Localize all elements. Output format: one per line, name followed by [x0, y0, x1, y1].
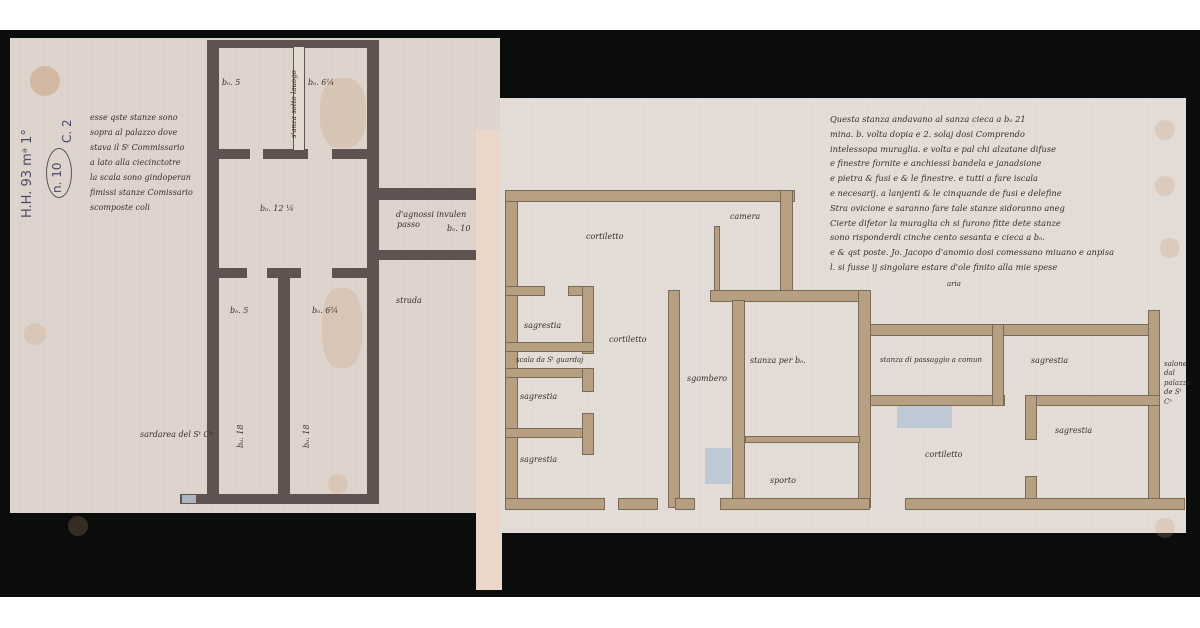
note-line: Questa stanza andavano al sanza cieca a …	[830, 112, 1114, 127]
note-line: stava il Sᵗ Commissario	[90, 140, 193, 155]
room-label: bₒ. 10	[447, 224, 470, 235]
room-label: sagrestia	[1055, 426, 1092, 437]
wall	[505, 190, 795, 202]
wall	[582, 413, 594, 455]
room-label: camera	[730, 212, 760, 223]
note-line: l. si fusse ij singolare estare d'ole fi…	[830, 260, 1114, 275]
note-line: sono risponderdi cinche cento sesanta e …	[830, 230, 1114, 245]
room-label: sᵗanza sotto lauogo	[290, 58, 299, 138]
wall	[215, 268, 247, 278]
water-stain	[1155, 120, 1175, 140]
room-label: sagrestia	[524, 321, 561, 332]
room-label: bₒ. 5	[230, 306, 248, 317]
room-label: stanza di passaggio a comun	[880, 356, 982, 365]
blue-patch	[182, 495, 196, 503]
room-label: sagrestia	[1031, 356, 1068, 367]
wall	[582, 368, 594, 392]
room-label: cortiletto	[586, 232, 623, 243]
water-stain	[68, 516, 88, 536]
wall	[1148, 310, 1160, 510]
room-label: sardarea del Sᵗ Cᵉ	[140, 430, 213, 441]
room-label: strada	[396, 296, 422, 307]
wall	[870, 395, 1005, 406]
wall	[745, 436, 860, 443]
right-sheet: Questa stanza andavano al sanza cieca a …	[500, 98, 1186, 533]
right-note: Questa stanza andavano al sanza cieca a …	[830, 112, 1114, 275]
left-note: esse qste stanze sono sopra al palazzo d…	[90, 110, 193, 215]
blue-patch	[705, 448, 731, 484]
room-label: aria	[947, 280, 961, 289]
wall	[870, 324, 1160, 336]
note-line: e finestre fornite e anchiessi bandela e…	[830, 156, 1114, 171]
photo-background: H.H. 93 mᵃ 1° n. 10 C. 2 esse qste stanz…	[0, 30, 1200, 597]
room-label: bₒ. 18	[236, 418, 247, 448]
room-label: sporto	[770, 476, 796, 487]
wall	[1025, 395, 1037, 440]
wall	[905, 498, 1185, 510]
note-line: e & qst poste. Jo. Jacopo d'anomio dosi …	[830, 245, 1114, 260]
room-label: sgombero	[687, 374, 727, 385]
wall	[618, 498, 658, 510]
room-label: bₒ. 5	[222, 78, 240, 89]
water-stain	[30, 66, 60, 96]
wall	[992, 324, 1004, 406]
wall	[267, 268, 301, 278]
sheet-mark: C. 2	[60, 113, 74, 143]
wall	[332, 149, 372, 159]
wall	[675, 498, 695, 510]
note-line: Cierte difetor la muraglia ch si furono …	[830, 216, 1114, 231]
wall	[505, 342, 594, 352]
wall	[1025, 395, 1160, 406]
wall	[668, 290, 680, 508]
note-line: Stra ovicione e saranno fare tale stanze…	[830, 201, 1114, 216]
wall	[505, 286, 545, 296]
paper-join-strip	[476, 130, 502, 590]
note-line: scomposte coli	[90, 200, 193, 215]
water-stain	[1155, 176, 1175, 196]
archive-shelfmark: H.H. 93 mᵃ 1°	[20, 98, 35, 218]
room-label: sagrestia	[520, 392, 557, 403]
room-label: bₒ. 6¼	[312, 306, 338, 317]
note-line: la scala sono gindoperan	[90, 170, 193, 185]
note-line: e pietra & fusi e & le finestre. e tutti…	[830, 171, 1114, 186]
note-line: sopra al palazzo dove	[90, 125, 193, 140]
wall	[714, 226, 720, 296]
water-stain	[1155, 518, 1175, 538]
note-line: intelessopa muraglia. e volta e pal chi …	[830, 142, 1114, 157]
wall	[505, 498, 605, 510]
note-line: e necesarij. a lanjenti & le cinquande d…	[830, 186, 1114, 201]
room-label: bₒ. 18	[302, 418, 313, 448]
note-line: a lato alla ciecinctotre	[90, 155, 193, 170]
water-stain	[24, 323, 46, 345]
blue-patch	[897, 406, 952, 428]
wall	[278, 268, 290, 498]
wall	[505, 428, 594, 438]
note-line: mina. b. volta dopia e 2. solaj dosi Com…	[830, 127, 1114, 142]
wall	[332, 268, 372, 278]
note-line: fimissi stanze Comissario	[90, 185, 193, 200]
wall	[720, 498, 870, 510]
wall	[215, 149, 250, 159]
room-label: bₒ. 6¼	[308, 78, 334, 89]
wall	[780, 190, 793, 300]
margin-note: salone dal palazzo de Sᵗ Cᵒ	[1164, 360, 1186, 407]
room-label: stanza per bₒ.	[750, 356, 806, 367]
water-stain	[322, 288, 362, 368]
room-label: passo	[397, 220, 420, 231]
wall	[732, 300, 745, 510]
water-stain	[1160, 238, 1180, 258]
room-label: scala da Sᵗ guardaj	[516, 356, 583, 365]
room-label: cortiletto	[609, 335, 646, 346]
room-label: sagrestia	[520, 455, 557, 466]
folio-number: n. 10	[50, 153, 64, 193]
note-line: esse qste stanze sono	[90, 110, 193, 125]
left-sheet: H.H. 93 mᵃ 1° n. 10 C. 2 esse qste stanz…	[10, 38, 500, 513]
water-stain	[328, 474, 348, 494]
room-label: bₒ. 12 ¼	[260, 204, 294, 215]
room-label: cortiletto	[925, 450, 962, 461]
wall	[505, 368, 594, 378]
